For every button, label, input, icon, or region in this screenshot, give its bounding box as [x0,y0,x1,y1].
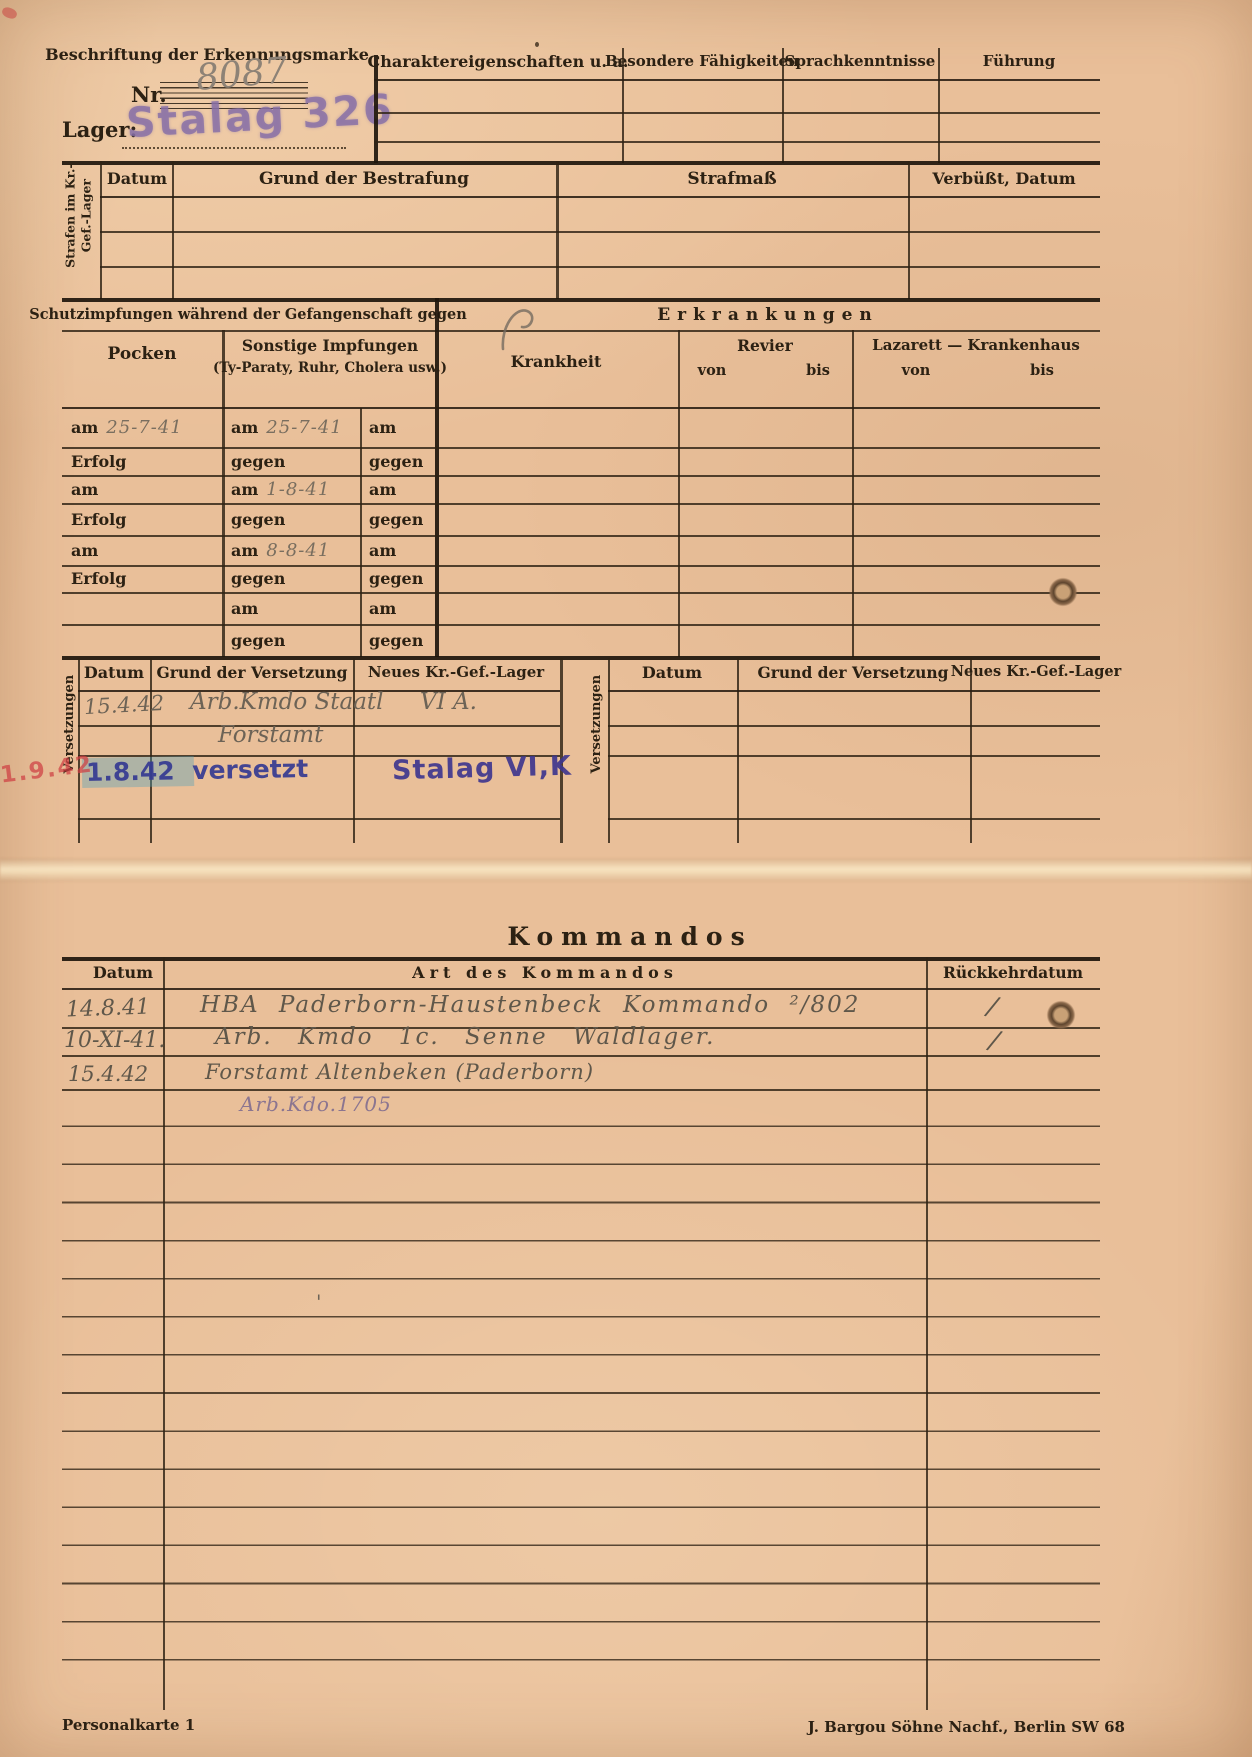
col-sonstige-line2: (Ty-Paraty, Ruhr, Cholera usw.) [213,360,447,376]
impf-value: 25-7-41 [106,417,182,438]
paper-speck [535,42,539,47]
impf-cell: am [360,408,435,447]
impf-cell: am [62,535,222,565]
kommandos-col-art: Art des Kommandos [412,963,678,982]
punch-hole [1046,1000,1076,1030]
versetzt-date-stamp: 1.8.42 versetzt [86,754,309,787]
rule-line [608,725,1100,727]
rule-line [62,565,1100,567]
impf-cell: gegen [222,503,360,535]
rule-line [100,231,1100,233]
versetzungen-col-datum: Datum [84,663,144,682]
impf-label: Erfolg [71,569,126,588]
impf-label: gegen [231,631,285,650]
rule-line [100,266,1100,268]
impf-cell: gegen [222,447,360,475]
erkrankungen-title: Erkrankungen [657,305,879,325]
col-revier: Revier [737,336,793,355]
versetzungen-separator [353,658,355,843]
impf-label: gegen [369,452,423,471]
assessment-separator [938,48,940,163]
impf-cell: gegen [360,503,435,535]
impf-cell: gegen [360,565,435,592]
versetzung-datum-handwritten: 15.4.42 [83,691,164,719]
impf-label: am [71,480,98,499]
strafen-separator [908,161,910,299]
rule-line [374,79,1100,81]
kommando-row-art-line2: Arb.Kdo.1705 [240,1092,392,1116]
impf-value: 1-8-41 [266,479,330,500]
impf-label: Erfolg [71,510,126,529]
impf-label: am [231,418,258,437]
impf-cell: Erfolg [62,503,222,535]
rule-line [608,690,1100,692]
col-besondere-faehigkeiten: Besondere Fähigkeiten [605,52,799,70]
impf-label: gegen [369,510,423,529]
rule-line [62,330,1100,332]
col-sprachkenntnisse: Sprachkenntnisse [785,52,936,70]
impf-cell: gegen [222,624,360,657]
impf-cell: am [360,592,435,624]
lazarett-bis-label: bis [1030,362,1054,379]
kommando-row-art: HBA Paderborn-Haustenbeck Kommando ²/802 [200,992,860,1018]
krankheit-separator [678,330,680,657]
impf-label: am [369,480,396,499]
impf-label: am [231,541,258,560]
impf-label: gegen [231,569,285,588]
impf-cell: Erfolg [62,447,222,475]
impf-cell: Erfolg [62,565,222,592]
impf-label: am [71,541,98,560]
impf-cell: am8-8-41 [222,535,360,565]
stalag-vik-stamp: Stalag VI,K [392,751,573,787]
fold-crease [0,858,1252,882]
versetzungen-separator [970,658,972,843]
versetzungen-col-grund: Grund der Versetzung [157,663,348,682]
impf-cell [62,624,222,657]
rule-line [78,818,560,820]
impf-cell: gegen [360,447,435,475]
revier-bis-label: bis [806,362,830,379]
red-corner-mark [1,6,19,21]
strafen-separator [172,161,174,299]
punch-hole [1048,577,1078,607]
strafen-col-grund: Grund der Bestrafung [259,169,469,189]
section-border [62,656,1100,660]
rule-line [608,755,1100,757]
versetzungen-col-grund: Grund der Versetzung [758,663,949,682]
impf-cell: am [222,592,360,624]
strafen-strip-line [100,161,102,299]
impf-label: am [231,599,258,618]
impf-cell: am [360,475,435,503]
kommandos-col-datum: Datum [93,963,153,982]
kommando-row-datum: 14.8.41 [66,995,151,1023]
col-fuehrung: Führung [983,52,1055,70]
versetzungen-separator [737,658,739,843]
rule-line [62,624,1100,626]
versetzungen-col-datum: Datum [642,663,702,682]
impf-cell: am25-7-41 [222,408,360,447]
rule-line [62,988,1100,990]
impf-cell: am25-7-41 [62,408,222,447]
strafen-separator [556,161,559,299]
col-charaktereigenschaften: Charaktereigenschaften u. a. [368,52,629,71]
impf-label: am [231,480,258,499]
strafen-col-verbuesst: Verbüßt, Datum [932,169,1075,188]
impf-label: am [71,418,98,437]
section-border [62,298,1100,302]
versetzung-neues-handwritten: VI A. [420,689,477,715]
versetzung-grund-handwritten-line2: Forstamt [218,722,323,748]
kommandos-col-rueckkehr: Rückkehrdatum [943,963,1083,982]
impf-label: am [369,599,396,618]
versetzungen-col-neues: Neues Kr.-Gef.-Lager [951,663,1121,680]
revier-separator [852,330,854,657]
col-lazarett: Lazarett — Krankenhaus [872,336,1080,354]
versetzungen-right-side-label: Versetzungen [589,662,605,786]
impf-value: 8-8-41 [266,540,330,561]
impf-cell: gegen [360,624,435,657]
impf-label: am [369,541,396,560]
impf-label: gegen [231,510,285,529]
revier-von-label: von [698,362,727,379]
personalkarte-document: Beschriftung der Erkennungsmarke Nr. 808… [0,0,1252,1757]
rule-line [62,447,1100,449]
impf-cell [62,592,222,624]
impf-cell: am1-8-41 [222,475,360,503]
impf-value: 25-7-41 [266,417,342,438]
kommando-row-art: Forstamt Altenbeken (Paderborn) [205,1060,594,1084]
impf-label: am [369,418,396,437]
impfungen-title: Schutzimpfungen während der Gefangenscha… [29,306,467,323]
impf-cell: am [62,475,222,503]
assessment-left-border [374,55,378,163]
impf-erkrank-divider [435,298,439,657]
col-pocken: Pocken [108,344,177,364]
kommando-row-rueckkehr: / [987,1025,1002,1056]
lazarett-von-label: von [902,362,931,379]
rule-line [608,818,1100,820]
strafen-col-datum: Datum [107,169,167,188]
versetzungen-col-neues: Neues Kr.-Gef.-Lager [368,663,544,681]
rule-line [374,141,1100,143]
rule-line [374,112,1100,114]
strafen-side-label: Strafen im Kr.-Gef.-Lager [62,160,93,272]
rule-line [100,196,1100,198]
pencil-squiggle-mark [495,303,541,355]
kommando-row-art: Arb. Kmdo 1c. Senne Waldlager. [215,1024,716,1050]
versetzungen-separator [150,658,152,843]
red-date-stamp: 1.9.42 [0,751,95,788]
impf-label: gegen [369,631,423,650]
rule-line [62,1055,1100,1057]
impf-label: gegen [369,569,423,588]
footer-form-name: Personalkarte 1 [62,1716,195,1734]
rule-line [62,475,1100,477]
impf-cell: am [360,535,435,565]
versetzung-grund-handwritten: Arb.Kmdo Staatl [190,689,384,715]
rule-line [62,592,1100,594]
footer-printer-imprint: J. Bargou Söhne Nachf., Berlin SW 68 [808,1718,1125,1736]
impfungen-body: am25-7-41 am25-7-41 am Erfolg gegen gege… [62,408,435,657]
kommandos-empty-rows [62,1089,1100,1693]
kommando-row-rueckkehr: / [985,991,1000,1022]
impf-label: gegen [231,452,285,471]
kommando-row-datum: 15.4.42 [68,1062,148,1086]
kommando-row-datum: 10-XI-41. [64,1028,165,1053]
pencil-tick: ' [316,1290,322,1314]
impf-cell: gegen [222,565,360,592]
section-border [62,957,1100,961]
strafen-col-strafmass: Strafmaß [687,169,776,189]
versetzungen-strip-line [78,658,80,843]
section-border [62,161,1100,165]
rule-line [62,535,1100,537]
versetzungen-strip-line [608,658,610,843]
impf-label: Erfolg [71,452,126,471]
kommandos-title: Kommandos [507,922,752,951]
col-sonstige-line1: Sonstige Impfungen [242,336,418,355]
rule-line [62,503,1100,505]
